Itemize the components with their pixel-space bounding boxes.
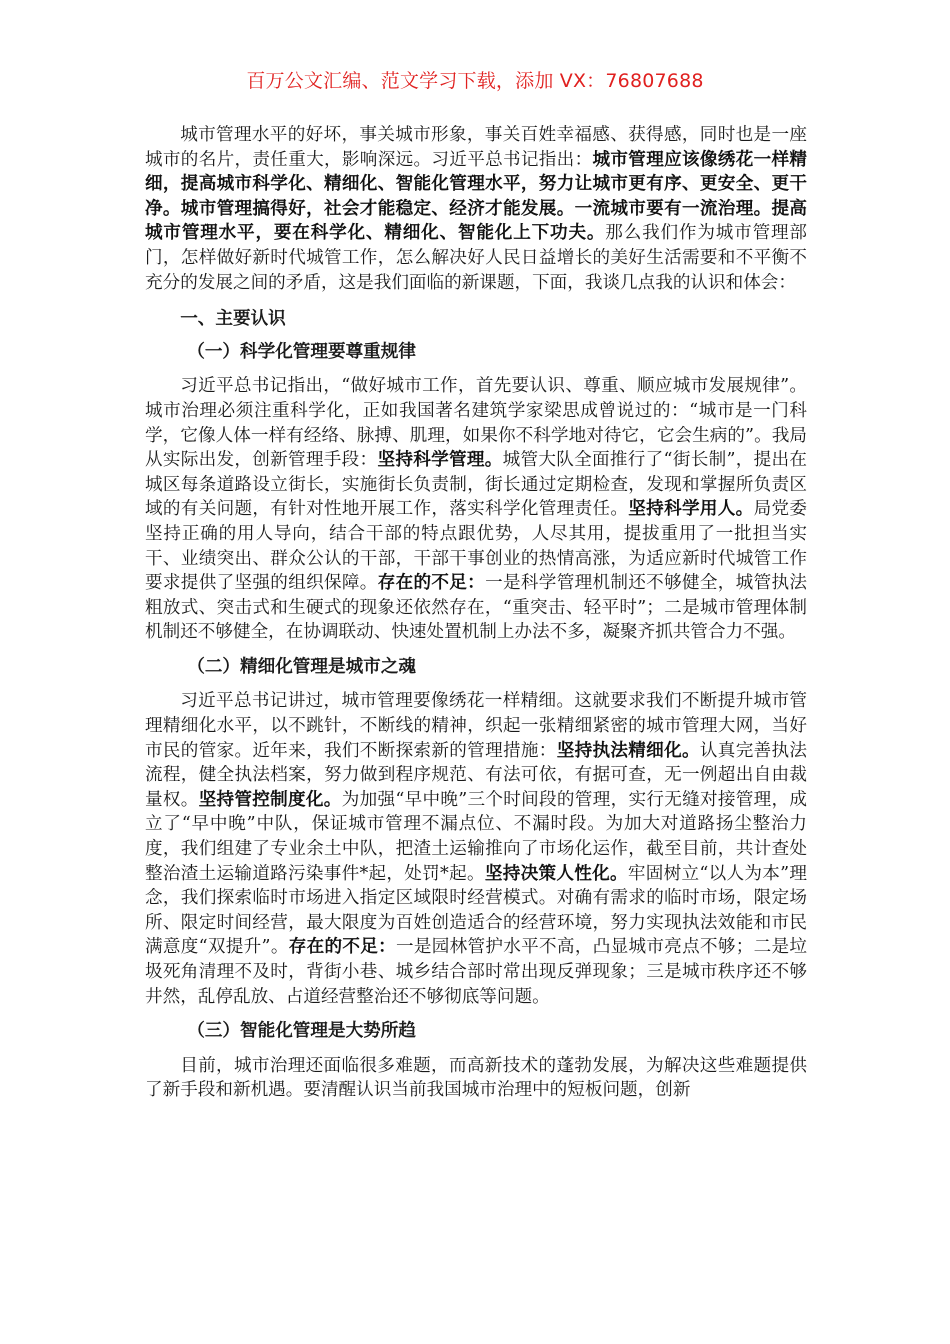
section-heading-main-understanding: 一、主要认识: [145, 307, 807, 332]
download-banner: 百万公文汇编、范文学习下载，添加 VX：76807688: [0, 66, 950, 93]
subsection-heading-intelligent: （三）智能化管理是大势所趋: [145, 1019, 807, 1044]
intelligent-paragraph: 目前，城市治理还面临很多难题，而高新技术的蓬勃发展，为解决这些难题提供了新手段和…: [145, 1054, 807, 1103]
refined-paragraph: 习近平总书记讲过，城市管理要像绣花一样精细。这就要求我们不断提升城市管理精细化水…: [145, 689, 807, 1009]
bold-phrase: 坚持科学管理。: [377, 449, 502, 470]
subsection-heading-refined: （二）精细化管理是城市之魂: [145, 655, 807, 680]
bold-phrase: 坚持执法精细化。: [557, 740, 700, 761]
bold-phrase: 坚持科学用人。: [628, 498, 753, 519]
subsection-heading-scientific: （一）科学化管理要尊重规律: [145, 340, 807, 365]
bold-phrase: 存在的不足：: [378, 572, 485, 593]
document-body: 城市管理水平的好坏，事关城市形象，事关百姓幸福感、获得感，同时也是一座城市的名片…: [145, 123, 807, 1103]
text: 目前，城市治理还面临很多难题，而高新技术的蓬勃发展，为解决这些难题提供了新手段和…: [145, 1056, 807, 1101]
scientific-paragraph: 习近平总书记指出，“做好城市工作，首先要认识、尊重、顺应城市发展规律”。城市治理…: [145, 374, 807, 645]
bold-phrase: 坚持决策人性化。: [485, 863, 628, 884]
intro-paragraph: 城市管理水平的好坏，事关城市形象，事关百姓幸福感、获得感，同时也是一座城市的名片…: [145, 123, 807, 295]
bold-phrase: 坚持管控制度化。: [199, 789, 342, 810]
bold-phrase: 存在的不足：: [289, 936, 396, 957]
